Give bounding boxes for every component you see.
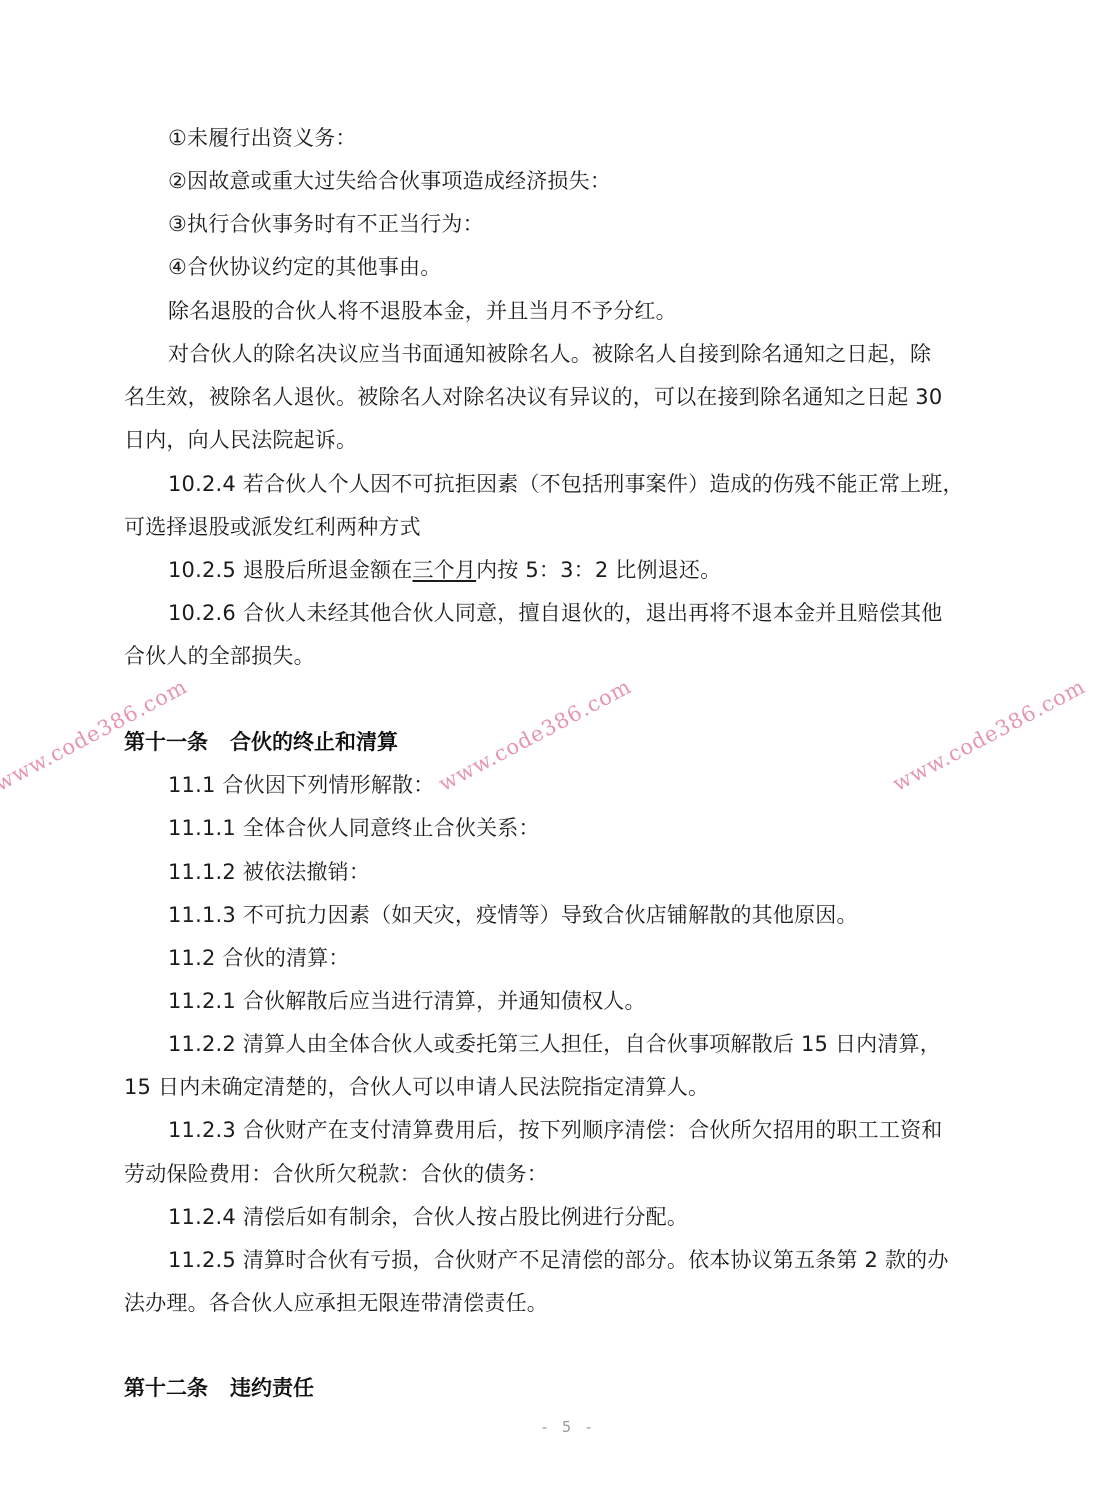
clause-line-3: ③执行合伙事务时有不正当行为： [168, 210, 484, 238]
clause-11-2-1: 11.2.1 合伙解散后应当进行清算，并通知债权人。 [168, 987, 646, 1015]
clause-10-2-4-cont: 可选择退股或派发红利两种方式 [124, 513, 421, 541]
clause-line-2: ②因故意或重大过失给合伙事项造成经济损失： [168, 167, 611, 195]
clause-line-8: 日内，向人民法院起诉。 [124, 426, 357, 454]
clause-line-1: ①未履行出资义务： [168, 124, 357, 152]
clause-line-5: 除名退股的合伙人将不退股本金，并且当月不予分红。 [168, 297, 677, 325]
clause-10-2-5-after: 内按 5：3：2 比例退还。 [476, 558, 721, 582]
section-11-heading: 第十一条合伙的终止和清算 [124, 728, 398, 756]
clause-10-2-6: 10.2.6 合伙人未经其他合伙人同意，擅自退伙的，退出再将不退本金并且赔偿其他 [168, 599, 942, 627]
watermark-right: www.code386.com [889, 674, 1090, 796]
section-11-title: 合伙的终止和清算 [230, 730, 398, 754]
clause-11-2-5: 11.2.5 清算时合伙有亏损，合伙财产不足清偿的部分。依本协议第五条第 2 款… [168, 1246, 949, 1274]
clause-11-2-4: 11.2.4 清偿后如有制余，合伙人按占股比例进行分配。 [168, 1203, 688, 1231]
clause-11-1: 11.1 合伙因下列情形解散： [168, 771, 434, 799]
document-page: ①未履行出资义务： ②因故意或重大过失给合伙事项造成经济损失： ③执行合伙事务时… [0, 0, 1104, 1492]
clause-line-7: 名生效，被除名人退伙。被除名人对除名决议有异议的，可以在接到除名通知之日起 30 [124, 383, 942, 411]
clause-11-1-3: 11.1.3 不可抗力因素（如天灾，疫情等）导致合伙店铺解散的其他原因。 [168, 901, 858, 929]
clause-11-2-2-cont: 15 日内未确定清楚的，合伙人可以申请人民法院指定清算人。 [124, 1073, 709, 1101]
clause-11-2-5-cont: 法办理。各合伙人应承担无限连带清偿责任。 [124, 1289, 548, 1317]
clause-10-2-5-before: 10.2.5 退股后所退金额在 [168, 558, 412, 582]
clause-11-2: 11.2 合伙的清算： [168, 944, 350, 972]
clause-10-2-5-underlined: 三个月 [412, 558, 476, 582]
clause-11-2-3: 11.2.3 合伙财产在支付清算费用后，按下列顺序清偿：合伙所欠招用的职工工资和 [168, 1116, 942, 1144]
clause-11-1-1: 11.1.1 全体合伙人同意终止合伙关系： [168, 814, 540, 842]
clause-line-6: 对合伙人的除名决议应当书面通知被除名人。被除名人自接到除名通知之日起，除 [168, 340, 931, 368]
clause-11-2-2: 11.2.2 清算人由全体合伙人或委托第三人担任，自合伙事项解散后 15 日内清… [168, 1030, 941, 1058]
section-12-title: 违约责任 [230, 1376, 314, 1400]
watermark-center: www.code386.com [435, 674, 636, 796]
clause-10-2-6-cont: 合伙人的全部损失。 [124, 642, 315, 670]
clause-11-1-2: 11.1.2 被依法撤销： [168, 858, 370, 886]
clause-10-2-5: 10.2.5 退股后所退金额在三个月内按 5：3：2 比例退还。 [168, 556, 721, 584]
clause-11-2-3-cont: 劳动保险费用：合伙所欠税款：合伙的债务： [124, 1160, 548, 1188]
section-11-number: 第十一条 [124, 730, 208, 754]
section-12-heading: 第十二条违约责任 [124, 1374, 314, 1402]
clause-line-4: ④合伙协议约定的其他事由。 [168, 253, 441, 281]
section-12-number: 第十二条 [124, 1376, 208, 1400]
clause-10-2-4: 10.2.4 若合伙人个人因不可抗拒因素（不包括刑事案件）造成的伤残不能正常上班… [168, 470, 964, 498]
page-number: - 5 - [540, 1418, 595, 1436]
